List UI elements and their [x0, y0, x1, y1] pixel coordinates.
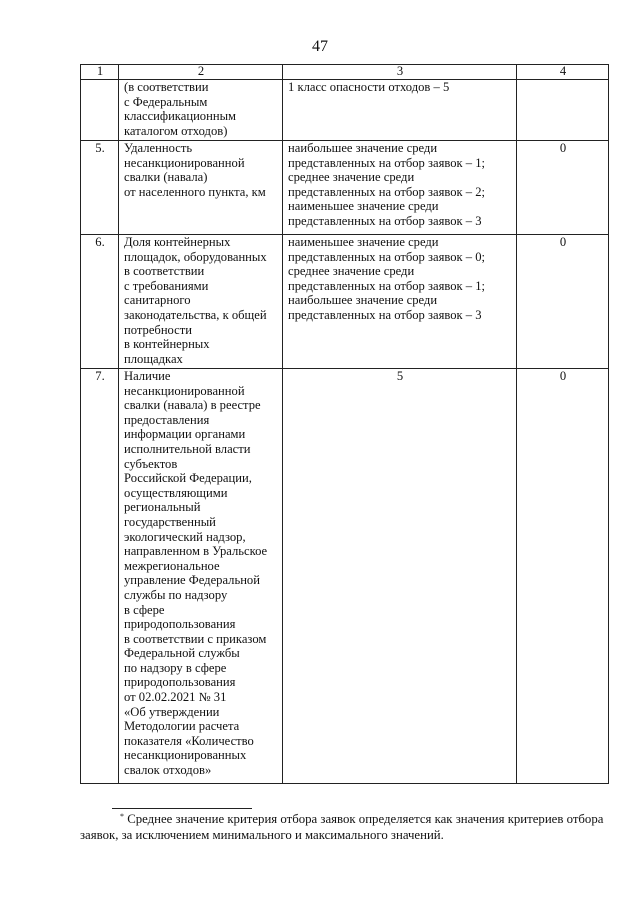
- criterion-cell: Наличиенесанкционированнойсвалки (навала…: [119, 369, 283, 784]
- scale-cell: наибольшее значение средипредставленных …: [283, 141, 517, 235]
- scale-cell-line: 1 класс опасности отходов – 5: [288, 80, 512, 95]
- criterion-cell-line: Методологии расчета: [124, 719, 278, 734]
- header-col-3: 3: [283, 65, 517, 80]
- criterion-cell-line: управление Федеральной: [124, 573, 278, 588]
- criterion-cell-line: в соответствии с приказом: [124, 632, 278, 647]
- criterion-cell: Доля контейнерныхплощадок, оборудованных…: [119, 235, 283, 369]
- criterion-cell-line: показателя «Количество: [124, 734, 278, 749]
- table-header-row: 1 2 3 4: [81, 65, 609, 80]
- scale-cell-line: представленных на отбор заявок – 3: [288, 308, 512, 323]
- scale-cell-line: наибольшее значение среди: [288, 293, 512, 308]
- criterion-cell-line: службы по надзору: [124, 588, 278, 603]
- scale-cell-line: представленных на отбор заявок – 1;: [288, 279, 512, 294]
- scale-cell-line: среднее значение среди: [288, 264, 512, 279]
- criterion-cell-line: классификационным: [124, 109, 278, 124]
- criterion-cell-line: исполнительной власти: [124, 442, 278, 457]
- criterion-cell-line: каталогом отходов): [124, 124, 278, 139]
- scale-cell-line: наименьшее значение среди: [288, 199, 512, 214]
- criterion-cell-line: природопользования: [124, 617, 278, 632]
- criterion-cell-line: несанкционированной: [124, 156, 278, 171]
- criterion-cell-line: региональный: [124, 500, 278, 515]
- footnote-text-1: Среднее значение критерия отбора заявок …: [124, 812, 603, 826]
- criterion-cell-line: площадках: [124, 352, 278, 367]
- criterion-cell-line: законодательства, к общей: [124, 308, 278, 323]
- criterion-cell-line: природопользования: [124, 675, 278, 690]
- scale-cell-line: представленных на отбор заявок – 3: [288, 214, 512, 229]
- criterion-cell-line: в соответствии: [124, 264, 278, 279]
- row-number: [81, 80, 119, 141]
- criterion-cell-line: в сфере: [124, 603, 278, 618]
- scale-cell-line: представленных на отбор заявок – 2;: [288, 185, 512, 200]
- table-row: (в соответствиис Федеральнымклассификаци…: [81, 80, 609, 141]
- scale-cell-line: 5: [288, 369, 512, 384]
- header-col-4: 4: [517, 65, 609, 80]
- criterion-cell-line: потребности: [124, 323, 278, 338]
- criterion-cell-line: субъектов: [124, 457, 278, 472]
- scale-cell-line: представленных на отбор заявок – 0;: [288, 250, 512, 265]
- criterion-cell-line: Наличие: [124, 369, 278, 384]
- score-cell: 0: [517, 369, 609, 784]
- table-row: 5.Удаленностьнесанкционированнойсвалки (…: [81, 141, 609, 235]
- footnote-line-2: заявок, за исключением минимального и ма…: [80, 828, 444, 842]
- row-number: 7.: [81, 369, 119, 784]
- footnote-marker: *: [120, 812, 124, 821]
- criterion-cell-line: Федеральной службы: [124, 646, 278, 661]
- criterion-cell-line: несанкционированных: [124, 748, 278, 763]
- criterion-cell-line: межрегиональное: [124, 559, 278, 574]
- header-col-1: 1: [81, 65, 119, 80]
- criterion-cell-line: от 02.02.2021 № 31: [124, 690, 278, 705]
- score-cell: 0: [517, 141, 609, 235]
- criterion-cell-line: по надзору в сфере: [124, 661, 278, 676]
- criterion-cell-line: с Федеральным: [124, 95, 278, 110]
- scale-cell-line: представленных на отбор заявок – 1;: [288, 156, 512, 171]
- criterion-cell: (в соответствиис Федеральнымклассификаци…: [119, 80, 283, 141]
- row-number: 6.: [81, 235, 119, 369]
- criterion-cell-line: Российской Федерации,: [124, 471, 278, 486]
- criterion-cell-line: информации органами: [124, 427, 278, 442]
- score-cell: [517, 80, 609, 141]
- criterion-cell-line: с требованиями: [124, 279, 278, 294]
- footnote-divider: [112, 808, 252, 809]
- criterion-cell-line: площадок, оборудованных: [124, 250, 278, 265]
- table-row: 6.Доля контейнерныхплощадок, оборудованн…: [81, 235, 609, 369]
- criterion-cell-line: Удаленность: [124, 141, 278, 156]
- header-col-2: 2: [119, 65, 283, 80]
- criterion-cell: Удаленностьнесанкционированнойсвалки (на…: [119, 141, 283, 235]
- scale-cell: 1 класс опасности отходов – 5: [283, 80, 517, 141]
- criterion-cell-line: несанкционированной: [124, 384, 278, 399]
- criterion-cell-line: предоставления: [124, 413, 278, 428]
- table-row: 7.Наличиенесанкционированнойсвалки (нава…: [81, 369, 609, 784]
- criterion-cell-line: экологический надзор,: [124, 530, 278, 545]
- scale-cell: 5: [283, 369, 517, 784]
- criterion-cell-line: осуществляющими: [124, 486, 278, 501]
- criteria-table: 1 2 3 4 (в соответствиис Федеральнымклас…: [80, 64, 609, 784]
- scale-cell-line: наибольшее значение среди: [288, 141, 512, 156]
- criterion-cell-line: свалки (навала) в реестре: [124, 398, 278, 413]
- scale-cell: наименьшее значение средипредставленных …: [283, 235, 517, 369]
- criterion-cell-line: направленном в Уральское: [124, 544, 278, 559]
- criterion-cell-line: «Об утверждении: [124, 705, 278, 720]
- score-cell: 0: [517, 235, 609, 369]
- scale-cell-line: наименьшее значение среди: [288, 235, 512, 250]
- criterion-cell-line: от населенного пункта, км: [124, 185, 278, 200]
- footnote: * Среднее значение критерия отбора заяво…: [80, 811, 620, 843]
- criterion-cell-line: Доля контейнерных: [124, 235, 278, 250]
- criterion-cell-line: в контейнерных: [124, 337, 278, 352]
- criterion-cell-line: государственный: [124, 515, 278, 530]
- criterion-cell-line: (в соответствии: [124, 80, 278, 95]
- footnote-line-1: * Среднее значение критерия отбора заяво…: [80, 811, 620, 827]
- criterion-cell-line: свалок отходов»: [124, 763, 278, 778]
- criterion-cell-line: свалки (навала): [124, 170, 278, 185]
- page-number: 47: [0, 38, 640, 56]
- row-number: 5.: [81, 141, 119, 235]
- scale-cell-line: среднее значение среди: [288, 170, 512, 185]
- criterion-cell-line: санитарного: [124, 293, 278, 308]
